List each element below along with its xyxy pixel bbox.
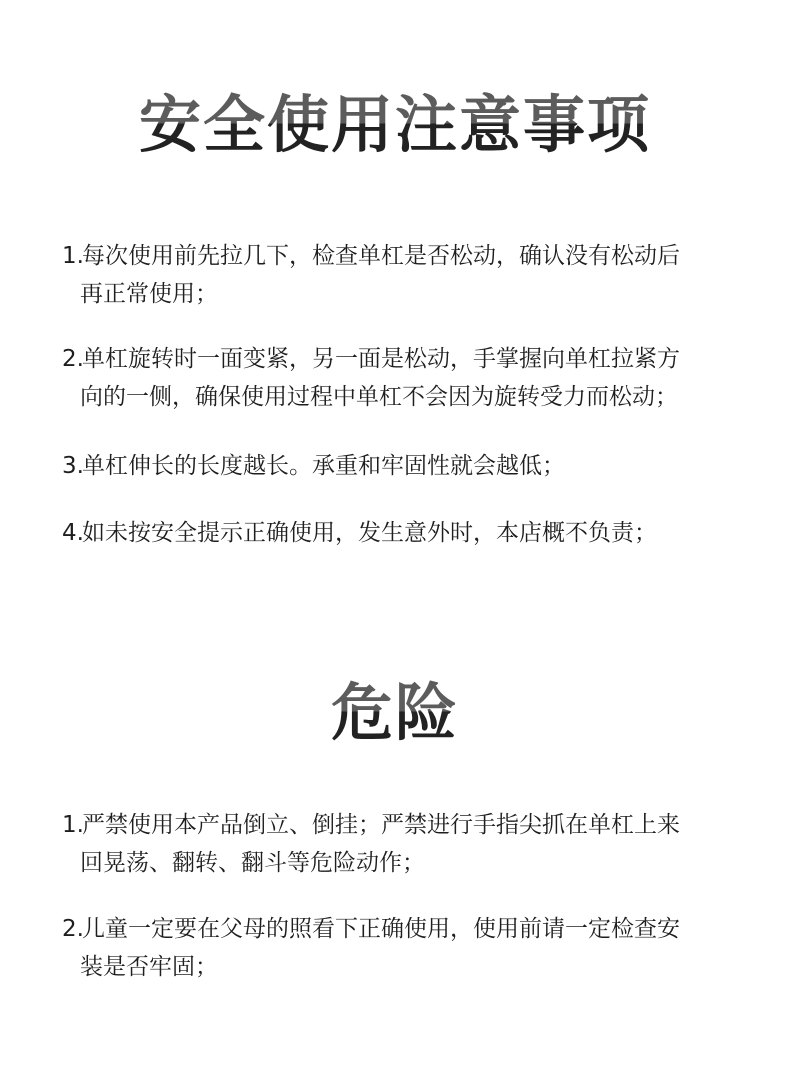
item-text-line2: 回晃荡、翻转、翻斗等危险动作； (62, 844, 742, 882)
safety-item-4: 4.如未按安全提示正确使用，发生意外时，本店概不负责； (62, 514, 742, 552)
danger-item-2: 2.儿童一定要在父母的照看下正确使用，使用前请一定检查安 装是否牢固； (62, 910, 742, 986)
danger-title: 危险 (0, 676, 790, 750)
item-number: 2. (62, 340, 82, 378)
item-text-line1: 单杠旋转时一面变紧，另一面是松动，手掌握向单杠拉紧方 (82, 346, 680, 372)
item-number: 2. (62, 910, 82, 948)
item-text-line1: 儿童一定要在父母的照看下正确使用，使用前请一定检查安 (82, 916, 680, 942)
item-number: 4. (62, 514, 82, 552)
item-number: 1. (62, 237, 82, 275)
item-text-line1: 严禁使用本产品倒立、倒挂；严禁进行手指尖抓在单杠上来 (82, 812, 680, 838)
danger-item-1: 1.严禁使用本产品倒立、倒挂；严禁进行手指尖抓在单杠上来 回晃荡、翻转、翻斗等危… (62, 806, 742, 882)
safety-item-2: 2.单杠旋转时一面变紧，另一面是松动，手掌握向单杠拉紧方 向的一侧，确保使用过程… (62, 340, 742, 416)
safety-item-3: 3.单杠伸长的长度越长。承重和牢固性就会越低； (62, 447, 742, 485)
safety-item-1: 1.每次使用前先拉几下，检查单杠是否松动，确认没有松动后 再正常使用； (62, 237, 742, 313)
item-text-line1: 每次使用前先拉几下，检查单杠是否松动，确认没有松动后 (82, 243, 680, 269)
item-text-line1: 单杠伸长的长度越长。承重和牢固性就会越低； (82, 453, 565, 479)
item-number: 1. (62, 806, 82, 844)
item-text-line2: 装是否牢固； (62, 948, 742, 986)
item-text-line1: 如未按安全提示正确使用，发生意外时，本店概不负责； (82, 520, 657, 546)
item-text-line2: 再正常使用； (62, 275, 742, 313)
item-text-line2: 向的一侧，确保使用过程中单杠不会因为旋转受力而松动； (62, 378, 742, 416)
safety-title: 安全使用注意事项 (0, 88, 790, 162)
item-number: 3. (62, 447, 82, 485)
